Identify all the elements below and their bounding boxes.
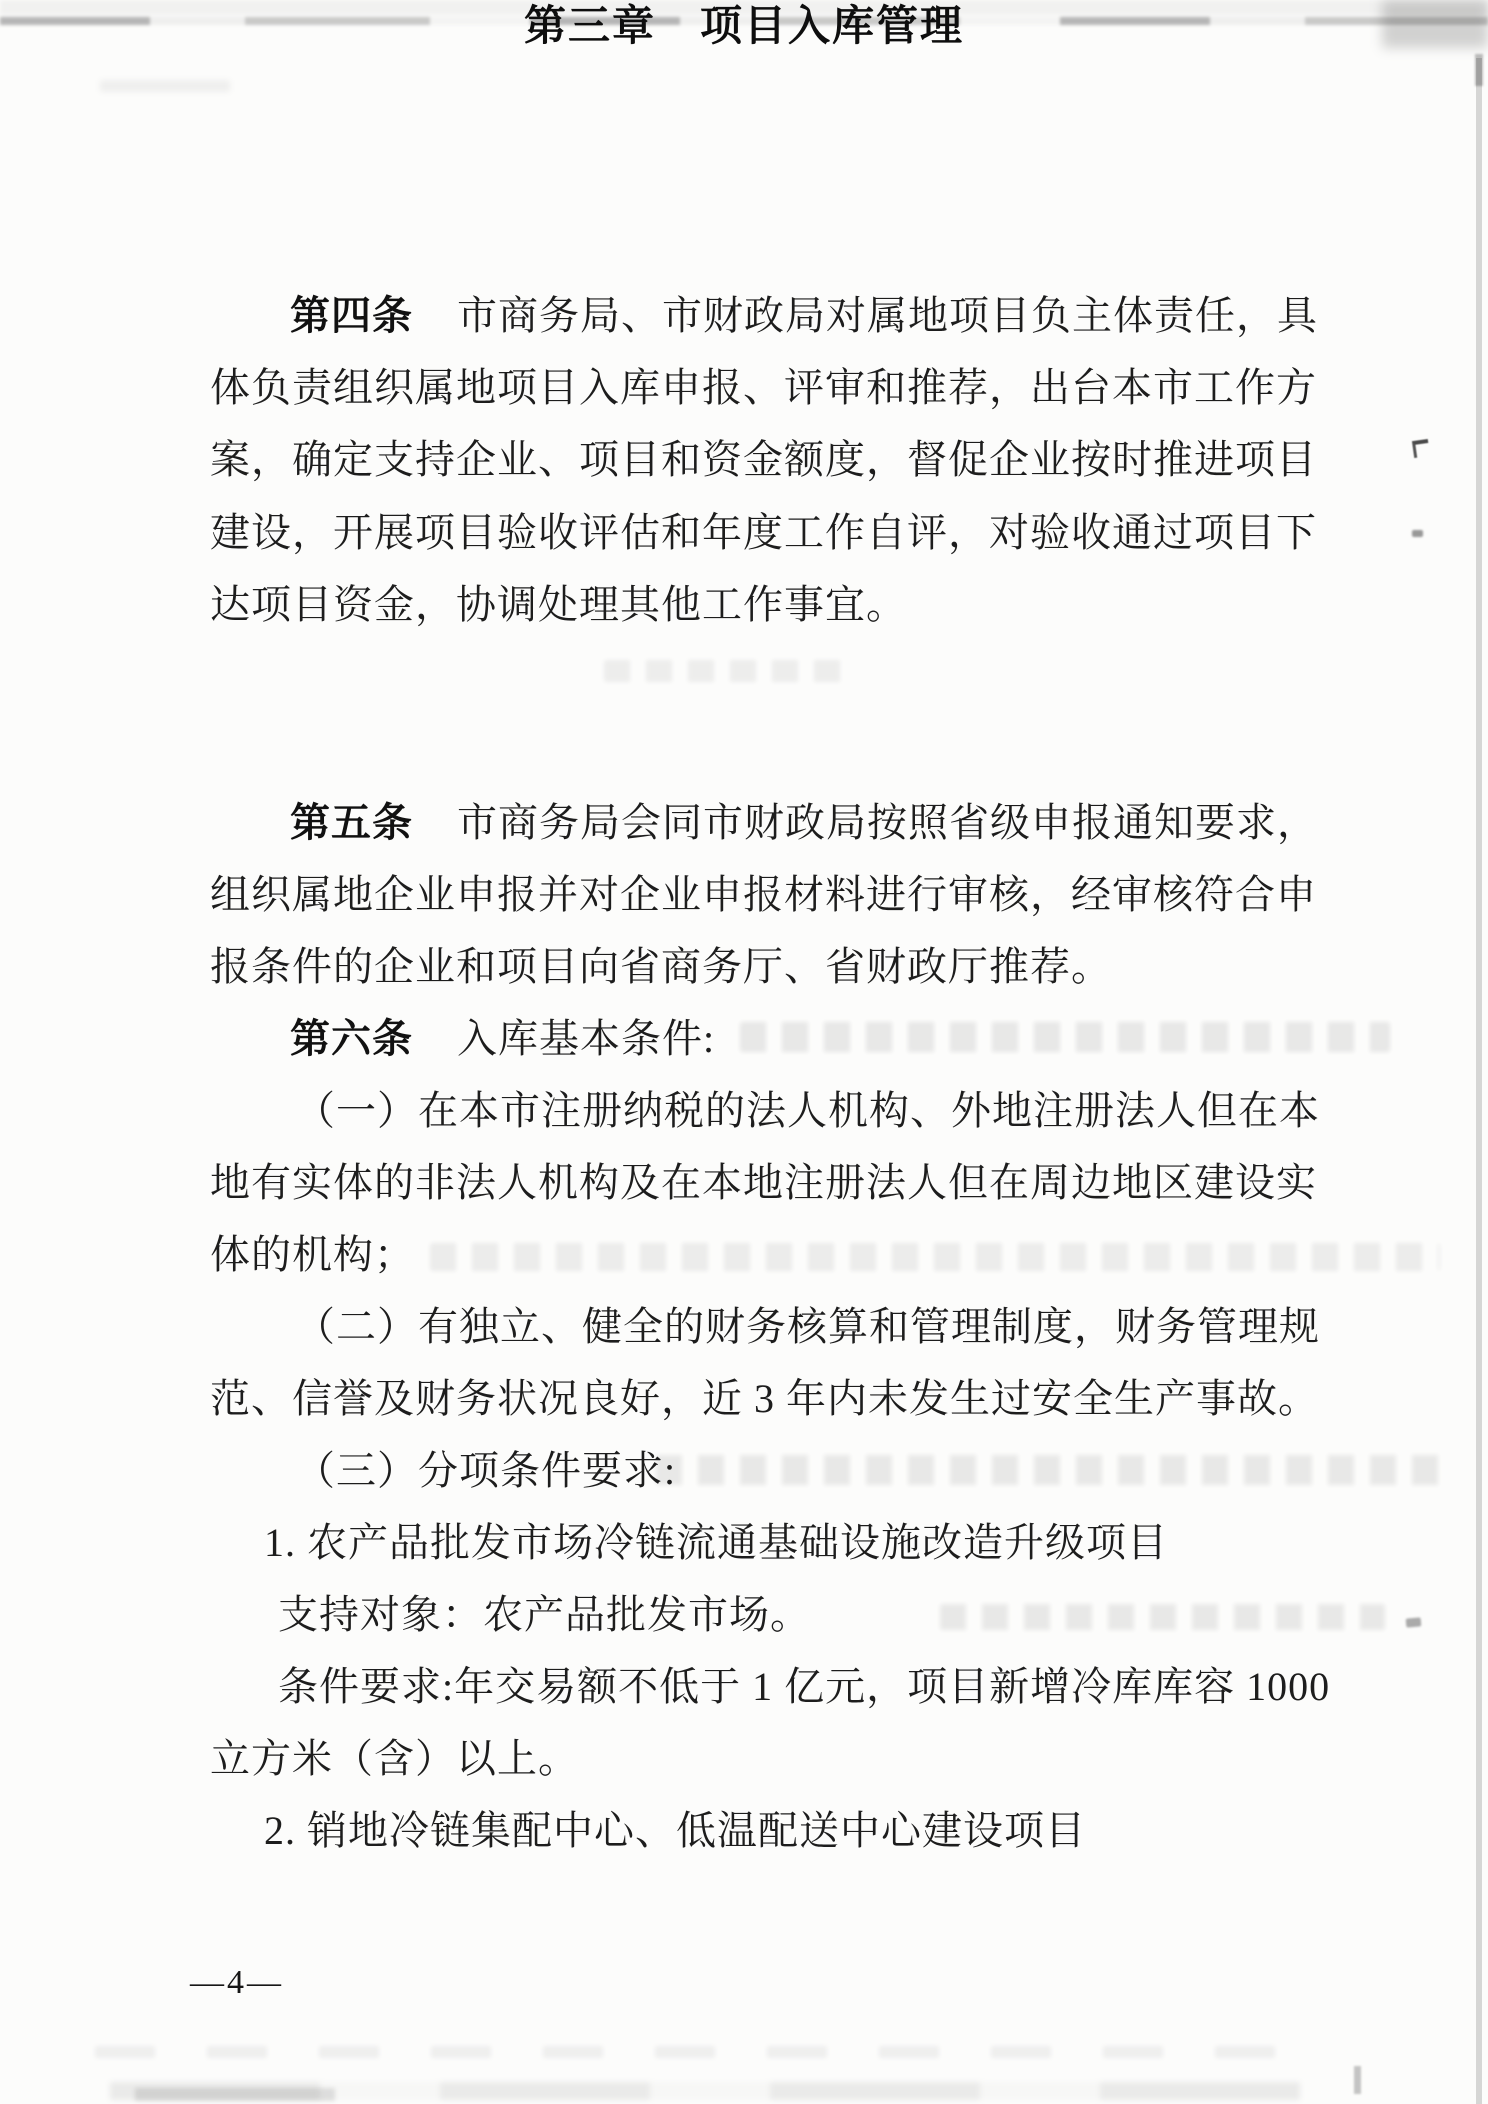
doc-line: 立方米（含）以上。 bbox=[210, 1735, 1300, 1783]
page-number: —4— bbox=[190, 1964, 284, 2002]
line-text: 组织属地企业申报并对企业申报材料进行审核，经审核符合申 bbox=[210, 872, 1317, 917]
scan-smudge-bottom bbox=[95, 2046, 1285, 2058]
doc-line: 地有实体的非法人机构及在本地注册法人但在周边地区建设实 bbox=[210, 1159, 1300, 1207]
line-text: 地有实体的非法人机构及在本地注册法人但在周边地区建设实 bbox=[210, 1160, 1317, 1205]
doc-line: 2. 销地冷链集配中心、低温配送中心建设项目 bbox=[264, 1807, 1300, 1855]
doc-line: 第六条入库基本条件: bbox=[290, 1015, 1300, 1063]
doc-line: （二）有独立、健全的财务核算和管理制度，财务管理规 bbox=[295, 1303, 1300, 1351]
doc-line: 案，确定支持企业、项目和资金额度，督促企业按时推进项目 bbox=[210, 436, 1300, 484]
doc-line: 体负责组织属地项目入库申报、评审和推荐，出台本市工作方 bbox=[210, 364, 1300, 412]
line-text: 建设，开展项目验收评估和年度工作自评，对验收通过项目下 bbox=[210, 510, 1317, 555]
line-text: 立方米（含）以上。 bbox=[210, 1736, 579, 1781]
scan-artifact-wisp bbox=[100, 80, 230, 92]
line-text: 范、信誉及财务状况良好，近 3 年内未发生过安全生产事故。 bbox=[210, 1376, 1319, 1421]
doc-line: 组织属地企业申报并对企业申报材料进行审核，经审核符合申 bbox=[210, 871, 1300, 919]
line-text: 市商务局、市财政局对属地项目负主体责任，具 bbox=[457, 293, 1318, 338]
line-text: 体的机构； bbox=[210, 1232, 415, 1277]
article-label: 第六条 bbox=[290, 1016, 413, 1061]
doc-line: 支持对象：农产品批发市场。 bbox=[278, 1591, 1300, 1639]
line-text: 市商务局会同市财政局按照省级申报通知要求， bbox=[457, 800, 1318, 845]
scan-smudge-bleedthrough bbox=[604, 660, 854, 682]
article-label: 第五条 bbox=[290, 800, 413, 845]
line-text: 条件要求:年交易额不低于 1 亿元，项目新增冷库库容 1000 bbox=[278, 1664, 1330, 1709]
doc-line: 第五条市商务局会同市财政局按照省级申报通知要求， bbox=[290, 799, 1300, 847]
line-text: 报条件的企业和项目向省商务厅、省财政厅推荐。 bbox=[210, 944, 1112, 989]
page-edge-line-head bbox=[1475, 54, 1483, 86]
scan-speck bbox=[1406, 1617, 1422, 1627]
line-text: 1. 农产品批发市场冷链流通基础设施改造升级项目 bbox=[264, 1520, 1168, 1565]
doc-line: 第四条市商务局、市财政局对属地项目负主体责任，具 bbox=[290, 292, 1300, 340]
line-text: 达项目资金，协调处理其他工作事宜。 bbox=[210, 582, 907, 627]
scan-speck bbox=[1354, 2066, 1361, 2094]
doc-line: 达项目资金，协调处理其他工作事宜。 bbox=[210, 581, 1300, 629]
article-label: 第四条 bbox=[290, 293, 413, 338]
line-text: （一）在本市注册纳税的法人机构、外地注册法人但在本 bbox=[295, 1088, 1320, 1133]
doc-line: （一）在本市注册纳税的法人机构、外地注册法人但在本 bbox=[295, 1087, 1300, 1135]
line-text: 入库基本条件: bbox=[457, 1016, 715, 1061]
scan-speck bbox=[1412, 530, 1423, 537]
line-text: 案，确定支持企业、项目和资金额度，督促企业按时推进项目 bbox=[210, 437, 1317, 482]
line-text: 体负责组织属地项目入库申报、评审和推荐，出台本市工作方 bbox=[210, 365, 1317, 410]
scan-smudge-bottom bbox=[135, 2088, 335, 2101]
doc-line: 建设，开展项目验收评估和年度工作自评，对验收通过项目下 bbox=[210, 509, 1300, 557]
chapter-heading: 第三章 项目入库管理 bbox=[0, 0, 1488, 52]
line-text: 支持对象：农产品批发市场。 bbox=[278, 1592, 811, 1637]
page-edge-line bbox=[1476, 58, 1482, 2104]
doc-line: 条件要求:年交易额不低于 1 亿元，项目新增冷库库容 1000 bbox=[278, 1663, 1300, 1711]
line-text: （三）分项条件要求: bbox=[295, 1448, 676, 1493]
doc-line: 范、信誉及财务状况良好，近 3 年内未发生过安全生产事故。 bbox=[210, 1375, 1300, 1423]
doc-line: 报条件的企业和项目向省商务厅、省财政厅推荐。 bbox=[210, 943, 1300, 991]
doc-line: （三）分项条件要求: bbox=[295, 1447, 1300, 1495]
scan-speck bbox=[1412, 439, 1430, 458]
scanned-document-page: 第三章 项目入库管理 第四条市商务局、市财政局对属地项目负主体责任，具体负责组织… bbox=[0, 0, 1488, 2104]
line-text: （二）有独立、健全的财务核算和管理制度，财务管理规 bbox=[295, 1304, 1320, 1349]
doc-line: 1. 农产品批发市场冷链流通基础设施改造升级项目 bbox=[264, 1519, 1300, 1567]
doc-line: 体的机构； bbox=[210, 1231, 1300, 1279]
line-text: 2. 销地冷链集配中心、低温配送中心建设项目 bbox=[264, 1808, 1086, 1853]
